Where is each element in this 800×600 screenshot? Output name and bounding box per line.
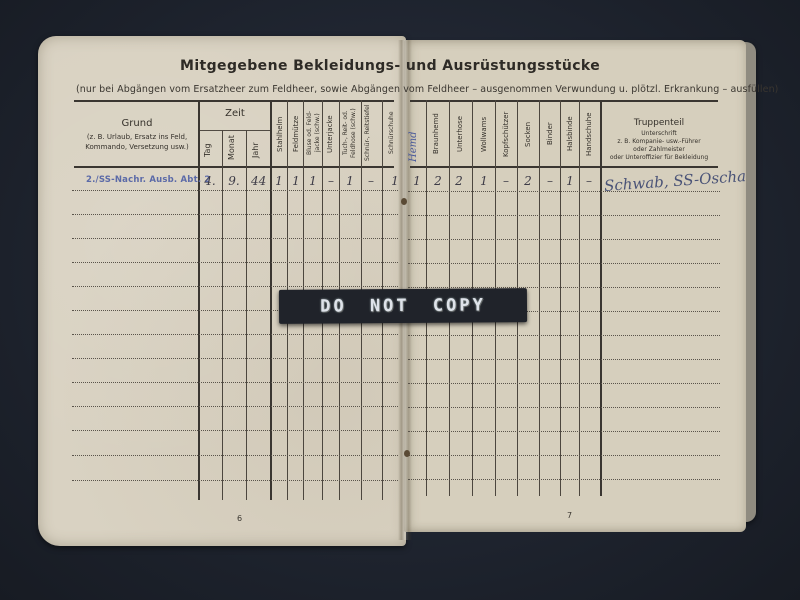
- header-bottom-rule-right: [410, 166, 718, 168]
- col-line: [246, 130, 247, 500]
- jahr-header: Jahr: [252, 138, 260, 162]
- grund-hint-1: (z. B. Urlaub, Ersatz ins Feld,: [76, 133, 198, 141]
- entry-tag: 4.: [203, 174, 217, 188]
- entry-value: 2: [521, 174, 535, 188]
- tag-header: Tag: [204, 138, 212, 162]
- entry-value: 1: [306, 174, 320, 188]
- entry-value: 1: [343, 174, 357, 188]
- entry-value: –: [364, 174, 378, 188]
- item-header-stahlhelm: Stahlhelm: [276, 106, 284, 162]
- col-line: [270, 100, 272, 500]
- item-header-feldmuetze: Feldmütze: [292, 106, 300, 162]
- page-title: Mitgegebene Bekleidungs- und Ausrüstungs…: [180, 58, 600, 74]
- col-line: [600, 100, 602, 496]
- label-text: DO NOT COPY: [320, 295, 486, 316]
- col-line: [198, 100, 200, 500]
- row-line: [72, 455, 398, 456]
- entry-value: 1: [289, 174, 303, 188]
- zeit-divider: [200, 130, 270, 131]
- row-line: [72, 334, 398, 335]
- truppenteil-line3: oder Zahlmeister: [600, 146, 718, 153]
- monat-header: Monat: [228, 134, 236, 162]
- item-header-kopfschuetzer: Kopfschützer: [502, 106, 510, 162]
- row-line: [72, 430, 398, 431]
- item-header-handwritten: Hemd: [408, 104, 419, 162]
- row-line: [408, 383, 720, 384]
- item-header-handschuhe: Handschuhe: [585, 106, 593, 162]
- grund-header: Grund: [76, 118, 198, 129]
- entry-monat: 9.: [227, 174, 241, 188]
- table-top-rule-right: [410, 100, 718, 102]
- zeit-header: Zeit: [200, 108, 270, 119]
- truppenteil-header: Truppenteil: [600, 118, 718, 128]
- row-line: [408, 479, 720, 480]
- row-line: [408, 335, 720, 336]
- item-header-bluse: Bluse od. Feld-jacke (schw.): [306, 104, 322, 162]
- staple-hole: [404, 450, 410, 457]
- entry-value: 1: [272, 174, 286, 188]
- item-header-braunhemd: Braunhemd: [432, 106, 440, 162]
- item-header-schnuerschuhe: Schnürschuhe: [388, 104, 396, 162]
- staple-hole: [401, 198, 407, 205]
- row-line: [408, 191, 720, 192]
- truppenteil-line4: oder Unteroffizier für Bekleidung: [600, 154, 718, 161]
- row-line: [72, 214, 398, 215]
- item-header-unterhose: Unterhose: [456, 106, 464, 162]
- do-not-copy-label: DO NOT COPY: [279, 288, 527, 324]
- row-line: [72, 358, 398, 359]
- entry-jahr: 44: [251, 174, 265, 188]
- grund-hint-2: Kommando, Versetzung usw.): [76, 143, 198, 151]
- item-header-halsbinde: Halsbinde: [566, 106, 574, 162]
- entry-value: –: [499, 174, 513, 188]
- item-header-hose: Tuch-, Reit- od. Feldhose (schw.): [342, 104, 358, 162]
- col-line: [560, 100, 561, 496]
- row-line: [72, 238, 398, 239]
- row-line: [408, 215, 720, 216]
- item-header-binder: Binder: [546, 106, 554, 162]
- header-bottom-rule-left: [74, 166, 394, 168]
- page-number-right: 7: [567, 511, 572, 520]
- row-line: [408, 407, 720, 408]
- entry-grund-stamp: 2./SS-Nachr. Ausb. Abt. 2: [86, 175, 211, 185]
- entry-value: 1: [563, 174, 577, 188]
- row-line: [408, 359, 720, 360]
- entry-value: –: [582, 174, 596, 188]
- row-line: [408, 239, 720, 240]
- entry-value: –: [324, 174, 338, 188]
- col-line: [222, 130, 223, 500]
- row-line: [408, 263, 720, 264]
- entry-value: 1: [410, 174, 424, 188]
- col-line: [539, 100, 540, 496]
- entry-value: 1: [388, 174, 402, 188]
- row-line: [72, 382, 398, 383]
- item-header-socken: Socken: [524, 106, 532, 162]
- entry-value: 2: [431, 174, 445, 188]
- row-line: [72, 190, 398, 191]
- item-header-stiefel: Schnür-, Reitstiefel: [364, 104, 378, 162]
- col-line: [579, 100, 580, 496]
- row-line: [72, 406, 398, 407]
- row-line: [72, 262, 398, 263]
- item-header-wollwams: Wollwams: [480, 106, 488, 162]
- table-top-rule-left: [74, 100, 394, 102]
- entry-value: –: [543, 174, 557, 188]
- entry-value: 2: [452, 174, 466, 188]
- page-subtitle: (nur bei Abgängen vom Ersatzheer zum Fel…: [76, 84, 779, 95]
- row-line: [72, 480, 398, 481]
- row-line: [408, 431, 720, 432]
- row-line: [72, 286, 398, 287]
- row-line: [408, 455, 720, 456]
- page-number-left: 6: [237, 514, 242, 523]
- truppenteil-line1: Unterschrift: [600, 130, 718, 137]
- truppenteil-line2: z. B. Kompanie- usw.-Führer: [600, 138, 718, 145]
- item-header-unterjacke: Unterjacke: [326, 106, 334, 162]
- entry-value: 1: [477, 174, 491, 188]
